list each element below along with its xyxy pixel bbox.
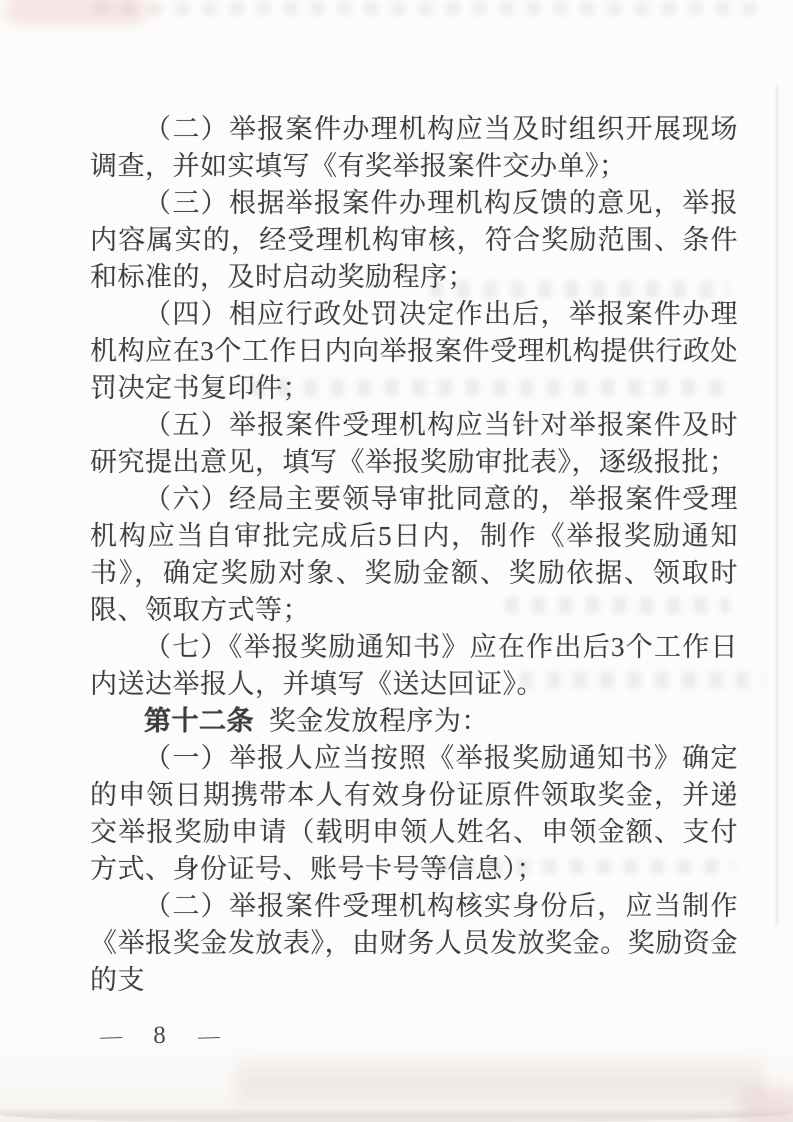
procedure-item-1: （一）举报人应当按照《举报奖励通知书》确定的申领日期携带本人有效身份证原件领取奖… [90,740,738,888]
document-body: （二）举报案件办理机构应当及时组织开展现场调查，并如实填写《有奖举报案件交办单》… [90,111,738,999]
clause-item-3: （三）根据举报案件办理机构反馈的意见，举报内容属实的，经受理机构审核，符合奖励范… [90,185,738,296]
article-heading: 第十二条奖金发放程序为： [90,703,738,740]
article-title: 奖金发放程序为： [269,706,489,736]
clause-item-4: （四）相应行政处罚决定作出后，举报案件办理机构应在3个工作日内向举报案件受理机构… [90,296,738,407]
article-number: 第十二条 [144,706,254,736]
footer-dash-right: — [198,1023,221,1050]
bleed-through-artifact-top [95,2,760,15]
clause-item-6: （六）经局主要领导审批同意的，举报案件受理机构应当自审批完成后5日内，制作《举报… [90,481,738,629]
clause-item-2: （二）举报案件办理机构应当及时组织开展现场调查，并如实填写《有奖举报案件交办单》… [90,111,738,185]
clause-item-5: （五）举报案件受理机构应当针对举报案件及时研究提出意见，填写《举报奖励审批表》，… [90,407,738,481]
page-footer: — 8 — [100,1022,220,1050]
footer-dash-left: — [100,1023,123,1050]
scan-smudge-bottom-right [741,1088,793,1122]
scan-smudge-top-left [6,0,146,24]
page-edge-shadow-bottom [0,1108,793,1122]
page-number: 8 [153,1022,167,1050]
clause-item-7: （七）《举报奖励通知书》应在作出后3个工作日内送达举报人，并填写《送达回证》。 [90,629,738,703]
procedure-item-2: （二）举报案件受理机构核实身份后，应当制作《举报奖金发放表》，由财务人员发放奖金… [90,888,738,999]
scanned-document-page: （二）举报案件办理机构应当及时组织开展现场调查，并如实填写《有奖举报案件交办单》… [0,0,793,1122]
bleed-through-artifact-bottom [235,1055,765,1105]
page-edge-shadow-right [776,85,778,925]
